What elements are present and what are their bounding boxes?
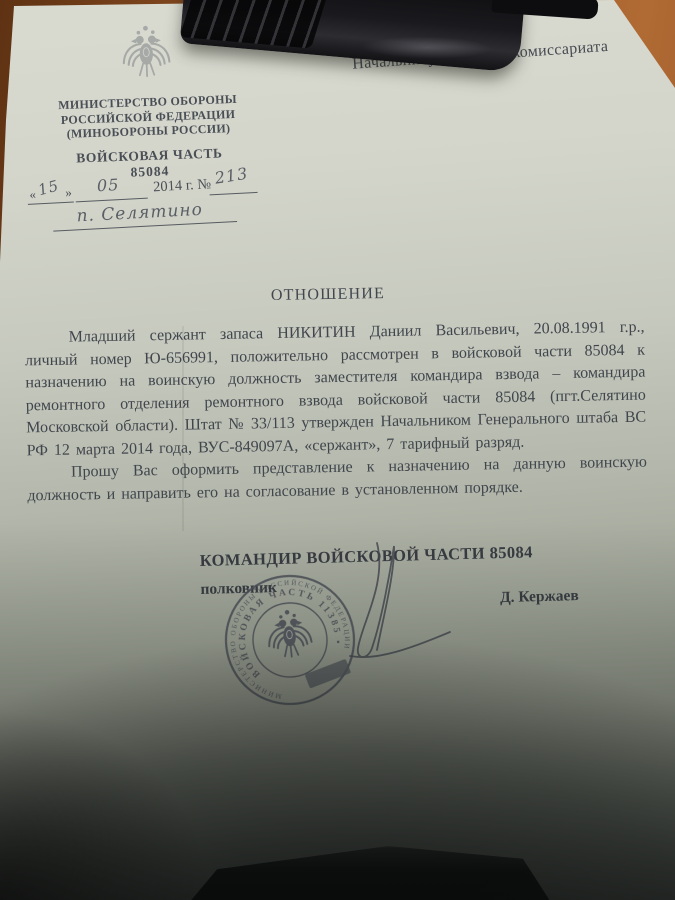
- signature-scrawl: [332, 528, 482, 678]
- phone-keypad: [180, 0, 330, 48]
- photo-frame: МИНИСТЕРСТВО ОБОРОНЫ РОССИЙСКОЙ ФЕДЕРАЦИ…: [0, 0, 675, 900]
- body-paragraph: Прошу Вас оформить представление к назна…: [27, 452, 648, 508]
- year-number-label: 2014 г. №: [153, 176, 212, 196]
- document-body: Младший сержант запаса НИКИТИН Даниил Ва…: [24, 317, 647, 508]
- phone-gloss-highlight: [362, 35, 492, 59]
- body-paragraph: Младший сержант запаса НИКИТИН Даниил Ва…: [24, 317, 646, 463]
- coat-of-arms-eagle-icon: [114, 23, 178, 91]
- document-title: ОТНОШЕНИЕ: [48, 281, 608, 309]
- stamp-eagle-icon: [266, 608, 313, 659]
- ministry-name: МИНИСТЕРСТВО ОБОРОНЫ РОССИЙСКОЙ ФЕДЕРАЦИ…: [40, 91, 256, 142]
- open-quote: «: [29, 186, 36, 202]
- document-page: МИНИСТЕРСТВО ОБОРОНЫ РОССИЙСКОЙ ФЕДЕРАЦИ…: [0, 0, 675, 900]
- handwritten-month: 05: [97, 175, 120, 195]
- signer-name: Д. Кержаев: [500, 587, 579, 607]
- close-quote: »: [65, 185, 72, 201]
